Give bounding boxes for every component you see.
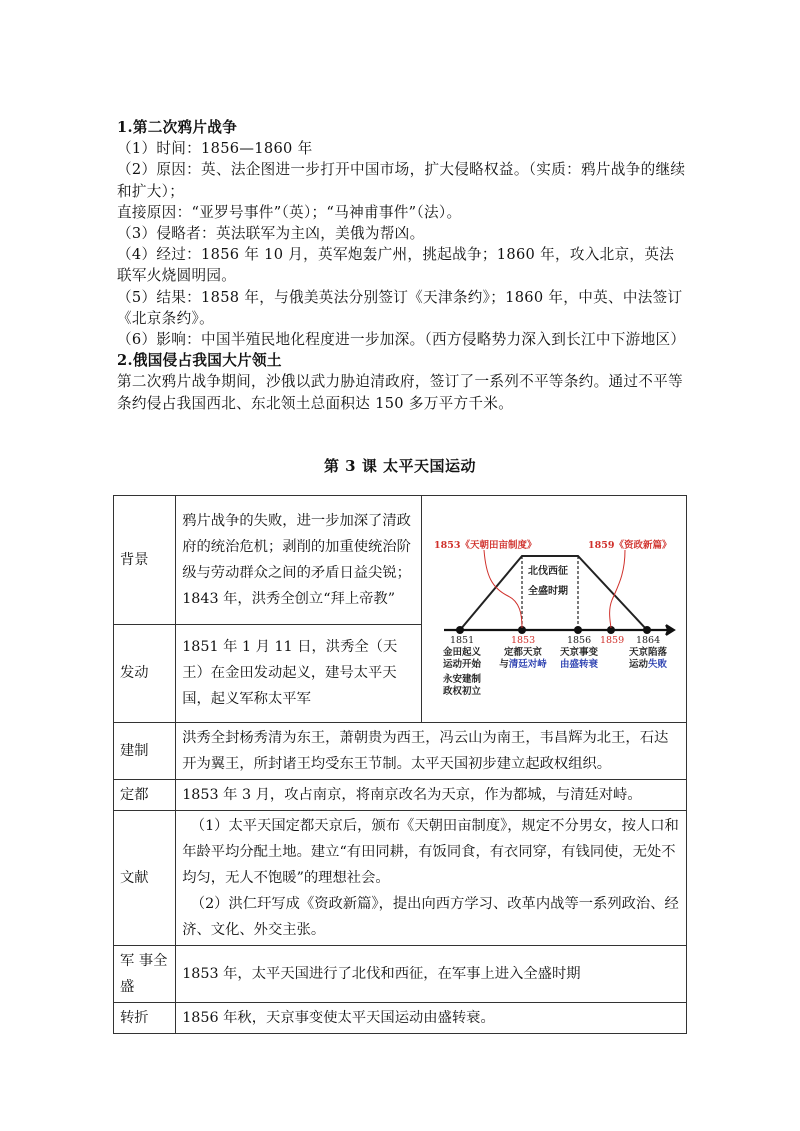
row-content: 1853 年 3 月，攻占南京，将南京改名为天京，作为都城，与清廷对峙。 [176, 780, 687, 811]
row-content: 洪秀全封杨秀清为东王，萧朝贵为西王，冯云山为南王，韦昌辉为北王，石达开为翼王，所… [176, 723, 687, 780]
point-1859: 1859 [598, 635, 626, 647]
row-label: 军 事全盛 [114, 946, 176, 1003]
text-line: 直接原因：“亚罗号事件”（英）；“马神甫事件”（法）。 [117, 202, 687, 223]
year-label: 1853 [498, 635, 548, 647]
table-row: 文献 （1）太平天国定都天京后，颁布《天朝田亩制度》，规定不分男女，按人口和年龄… [114, 811, 687, 946]
event-label: 定都天京 [498, 647, 548, 659]
plateau-label-2: 全盛时期 [528, 586, 568, 598]
row-label: 建制 [114, 723, 176, 780]
plateau-label-1: 北伐西征 [528, 566, 568, 578]
event-label: 政权初立 [442, 686, 482, 698]
row-label: 发动 [114, 624, 176, 722]
event-label: 永安建制 [442, 674, 482, 686]
row-label: 定都 [114, 780, 176, 811]
point-1853: 1853 定都天京 与清廷对峙 [498, 635, 548, 671]
text-line: （6）影响：中国半殖民地化程度进一步加深。（西方侵略势力深入到长江中下游地区） [117, 329, 687, 350]
row-label: 背景 [114, 496, 176, 625]
row-label: 文献 [114, 811, 176, 946]
section-heading: 2.俄国侵占我国大片领土 [117, 350, 687, 371]
table-row: 建制 洪秀全封杨秀清为东王，萧朝贵为西王，冯云山为南王，韦昌辉为北王，石达开为翼… [114, 723, 687, 780]
row-label: 转折 [114, 1003, 176, 1034]
text-line: （3）侵略者：英法联军为主凶，美俄为帮凶。 [117, 223, 687, 244]
year-label: 1864 [625, 635, 671, 647]
tianchao-tianmu-label: 1853《天朝田亩制度》 [434, 540, 536, 552]
document-page: 1.第二次鸦片战争 （1）时间：1856—1860 年 （2）原因：英、法企图进… [0, 0, 800, 1131]
section-heading: 1.第二次鸦片战争 [117, 117, 687, 138]
year-label: 1856 [556, 635, 602, 647]
table-row: 背景 鸦片战争的失败，进一步加深了清政府的统治危机；剥削的加重使统治阶级与劳动群… [114, 496, 687, 625]
event-label: 运动开始 [442, 659, 482, 671]
event-label: 失败 [648, 659, 667, 670]
row-content: 1856 年秋，天京事变使太平天国运动由盛转衰。 [176, 1003, 687, 1034]
table-row: 军 事全盛 1853 年，太平天国进行了北伐和西征，在军事上进入全盛时期 [114, 946, 687, 1003]
timeline-diagram: 1853《天朝田亩制度》 1859《资政新篇》 北伐西征 全盛时期 1851 金… [422, 496, 685, 722]
year-label: 1851 [442, 635, 482, 647]
point-1856: 1856 天京事变 由盛转衰 [556, 635, 602, 671]
event-label: 清廷对峙 [509, 659, 547, 670]
document-item: （1）太平天国定都天京后，颁布《天朝田亩制度》，规定不分男女，按人口和年龄平均分… [182, 813, 680, 891]
text-line: （5）结果：1858 年，与俄美英法分别签订《天津条约》；1860 年，中英、中… [117, 287, 687, 329]
row-content: （1）太平天国定都天京后，颁布《天朝田亩制度》，规定不分男女，按人口和年龄平均分… [176, 811, 687, 946]
row-content: 鸦片战争的失败，进一步加深了清政府的统治危机；剥削的加重使统治阶级与劳动群众之间… [176, 496, 422, 625]
text-line: （2）原因：英、法企图进一步打开中国市场，扩大侵略权益。（实质：鸦片战争的继续和… [117, 159, 687, 201]
row-content: 1853 年，太平天国进行了北伐和西征，在军事上进入全盛时期 [176, 946, 687, 1003]
taiping-table: 背景 鸦片战争的失败，进一步加深了清政府的统治危机；剥削的加重使统治阶级与劳动群… [113, 495, 687, 1034]
event-label: 天京陷落 [625, 647, 671, 659]
point-1864: 1864 天京陷落 运动失败 [625, 635, 671, 671]
section-second-opium-war: 1.第二次鸦片战争 （1）时间：1856—1860 年 （2）原因：英、法企图进… [117, 117, 687, 414]
timeline-diagram-cell: 1853《天朝田亩制度》 1859《资政新篇》 北伐西征 全盛时期 1851 金… [422, 496, 687, 723]
table-row: 转折 1856 年秋，天京事变使太平天国运动由盛转衰。 [114, 1003, 687, 1034]
event-label: 金田起义 [442, 647, 482, 659]
text-line: （1）时间：1856—1860 年 [117, 138, 687, 159]
event-label: 天京事变 [556, 647, 602, 659]
event-label: 由盛转衰 [556, 659, 602, 671]
event-label: 与 [499, 659, 509, 670]
point-1851: 1851 金田起义 运动开始 永安建制 政权初立 [442, 635, 482, 698]
lesson-title: 第 3 课 太平天国运动 [0, 455, 800, 476]
text-line: （4）经过：1856 年 10 月，英军炮轰广州，挑起战争；1860 年，攻入北… [117, 244, 687, 286]
row-content: 1851 年 1 月 11 日，洪秀全（天王）在金田发动起义，建号太平天国，起义… [176, 624, 422, 722]
zizheng-xinpian-label: 1859《资政新篇》 [588, 540, 671, 552]
document-item: （2）洪仁玕写成《资政新篇》，提出向西方学习、改革内战等一系列政治、经济、文化、… [182, 891, 680, 943]
table-row: 定都 1853 年 3 月，攻占南京，将南京改名为天京，作为都城，与清廷对峙。 [114, 780, 687, 811]
text-line: 第二次鸦片战争期间，沙俄以武力胁迫清政府，签订了一系列不平等条约。通过不平等条约… [117, 371, 687, 413]
event-label: 运动 [629, 659, 648, 670]
